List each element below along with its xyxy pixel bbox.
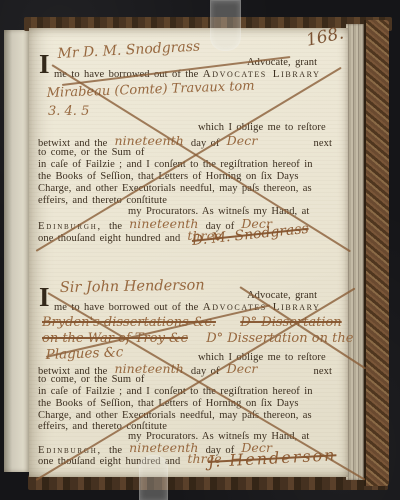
sum-line: to come, or the Sum of <box>38 374 144 385</box>
drop-cap: I <box>39 284 50 311</box>
year-line: one thouſand eight hundred and three <box>38 452 222 467</box>
struck-title: D° Dissertation <box>240 315 341 330</box>
next-word: next <box>314 366 332 377</box>
borrower-name: Sir John Henderson <box>60 277 205 296</box>
titles-line2: on the War of Troy &c D° Dissertation on… <box>42 331 353 346</box>
charge-line: Charge, and other Executorials needful, … <box>38 410 312 421</box>
photographed-ledger-page: 168. I Mr D. M. Snodgrass Advocate, gran… <box>0 0 400 500</box>
page-clamp-bottom <box>139 455 168 500</box>
loan-entry-henderson: I Sir John Henderson Advocate, grant me … <box>0 0 400 500</box>
page-clamp-top <box>210 0 241 51</box>
